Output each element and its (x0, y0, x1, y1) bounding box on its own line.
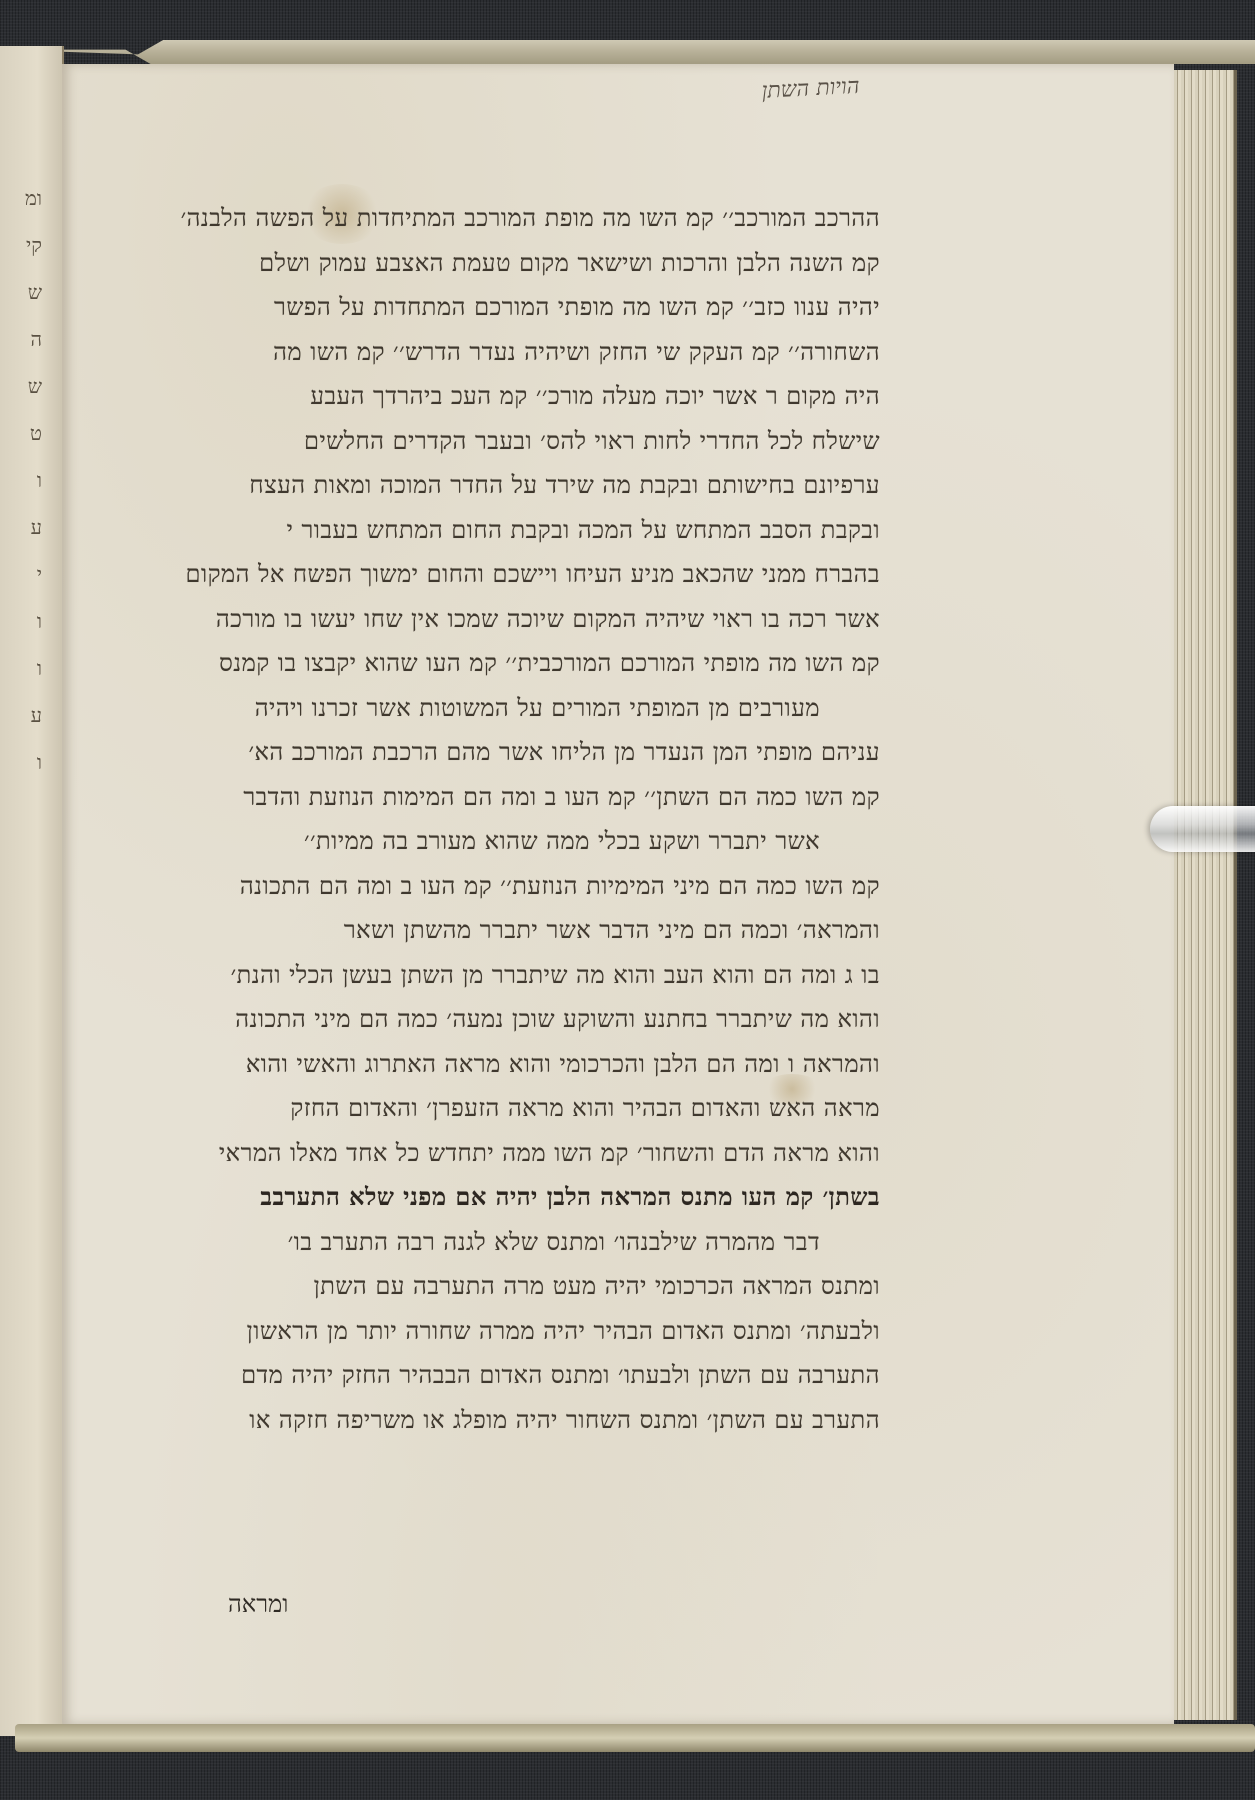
text-line: והוא מה שיתברר בחתנע והשוקע שוכן נמעה׳ כ… (180, 997, 880, 1042)
cloth-background (0, 0, 1255, 40)
text-line: מראה האש והאדום הבהיר והוא מראה הזעפרן׳ … (180, 1086, 880, 1131)
text-line: ובקבת הסבב המתחש על המכה ובקבת החום המתח… (180, 508, 880, 553)
facing-page-text: ומ קי ש ה ש ט ו ע י ו ו ע ו (2, 186, 42, 775)
text-line: ערפיונם בחישותם ובקבת מה שירד על החדר המ… (180, 463, 880, 508)
text-line: אשר יתברר ושקע בכלי ממה שהוא מעורב בה ממ… (180, 819, 880, 864)
facing-glyph: ט (2, 421, 42, 446)
text-line: ומתנס המראה הכרכומי יהיה מעט מרה התערבה … (180, 1264, 880, 1309)
text-line: עניהם מופתי המן הנעדר מן הליחו אשר מהם ה… (180, 730, 880, 775)
main-text-block: ההרכב המורכב׳׳ קמ השו מה מופת המורכב המת… (180, 196, 880, 1442)
text-line: בשתן׳ קמ העו מתנס המראה הלבן יהיה אם מפנ… (180, 1175, 880, 1220)
plastic-clip (1150, 806, 1255, 852)
facing-glyph: ש (2, 280, 42, 305)
facing-glyph: ו (2, 750, 42, 775)
catchword: ומראה (228, 1590, 288, 1619)
text-line: והוא מראה הדם והשחור׳ קמ השו ממה יתחדש כ… (180, 1131, 880, 1176)
text-line: קמ השו כמה הם השתן׳׳ קמ העו ב ומה הם המי… (180, 775, 880, 820)
text-line: והמראה ו ומה הם הלבן והכרכומי והוא מראה … (180, 1042, 880, 1087)
text-line: היה מקום ר אשר יוכה מעלה מורכ׳׳ קמ העכ ב… (180, 374, 880, 419)
facing-glyph: ו (2, 468, 42, 493)
text-line: קמ השו מה מופתי המורכם המורכבית׳׳ קמ העו… (180, 641, 880, 686)
facing-glyph: ו (2, 656, 42, 681)
facing-glyph: ש (2, 374, 42, 399)
text-line: ההרכב המורכב׳׳ קמ השו מה מופת המורכב המת… (180, 196, 880, 241)
page-stack-edge (1174, 70, 1237, 1720)
facing-glyph: ו (2, 609, 42, 634)
text-line: יהיה ענוו כזב׳׳ קמ השו מה מופתי המורכם ה… (180, 285, 880, 330)
facing-page-edge: ומ קי ש ה ש ט ו ע י ו ו ע ו (0, 46, 64, 1736)
facing-glyph: ומ (2, 186, 42, 211)
facing-glyph: קי (2, 233, 42, 258)
text-line: והמראה׳ וכמה הם מיני הדבר אשר יתברר מהשת… (180, 908, 880, 953)
text-line: קמ השנה הלבן והרכות ושישאר מקום טעמת האצ… (180, 241, 880, 286)
facing-glyph: ע (2, 703, 42, 728)
text-line: התערבה עם השתן ולבעתו׳ ומתנס האדום הבבהי… (180, 1353, 880, 1398)
facing-glyph: י (2, 562, 42, 587)
text-line: ולבעתה׳ ומתנס האדום הבהיר יהיה ממרה שחור… (180, 1309, 880, 1354)
binding-edge-bottom (15, 1724, 1255, 1752)
text-line: בהברח ממני שהכאב מניע העיחו ויישכם והחום… (180, 552, 880, 597)
text-line: מעורבים מן המופתי המורים על המשוטות אשר … (180, 686, 880, 731)
text-line: שישלח לכל החדרי לחות ראוי להס׳ ובעבר הקד… (180, 419, 880, 464)
text-line: דבר מהמרה שילבנהו׳ ומתנס שלא לגנה רבה הת… (180, 1220, 880, 1265)
text-line: התערב עם השתן׳ ומתנס השחור יהיה מופלג או… (180, 1398, 880, 1443)
facing-glyph: ע (2, 515, 42, 540)
text-line: קמ השו כמה הם מיני המימיות הנוזעת׳׳ קמ ה… (180, 864, 880, 909)
text-line: אשר רכה בו ראוי שיהיה המקום שיוכה שמכו א… (180, 597, 880, 642)
text-line: השחורה׳׳ קמ העקק שי החזק ושיהיה נעדר הדר… (180, 330, 880, 375)
text-line: בו ג ומה הם והוא העב והוא מה שיתברר מן ה… (180, 953, 880, 998)
facing-glyph: ה (2, 327, 42, 352)
binding-edge-top (0, 40, 1255, 64)
